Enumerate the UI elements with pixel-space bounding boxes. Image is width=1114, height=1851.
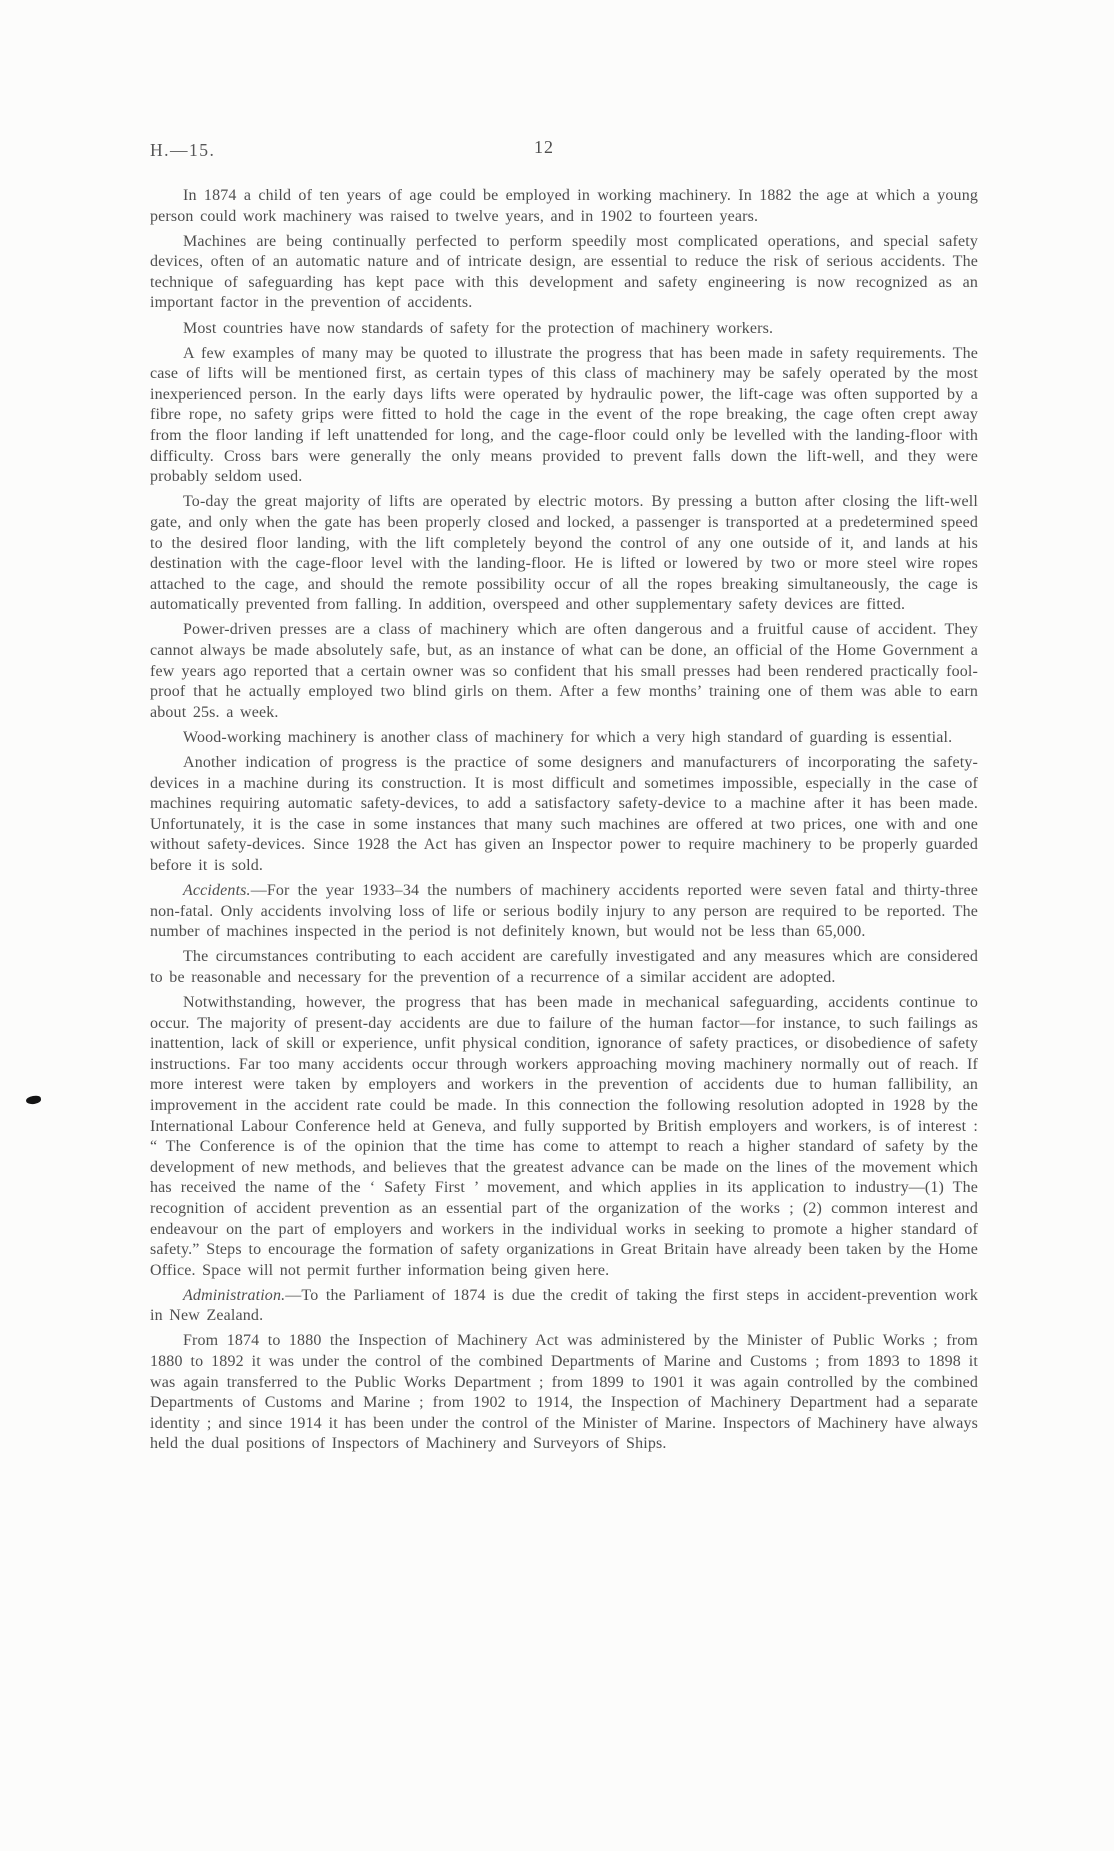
paragraph: Machines are being continually perfected… bbox=[150, 232, 978, 314]
page-header: H.—15. 12 bbox=[150, 140, 978, 164]
paragraph-body: To-day the great majority of lifts are o… bbox=[150, 493, 978, 613]
paragraph: Wood-working machinery is another class … bbox=[150, 728, 978, 749]
paragraph-body: Power-driven presses are a class of mach… bbox=[150, 621, 978, 720]
paragraph: From 1874 to 1880 the Inspection of Mach… bbox=[150, 1331, 978, 1455]
paragraph: The circumstances contributing to each a… bbox=[150, 947, 978, 988]
paragraph: In 1874 a child of ten years of age coul… bbox=[150, 186, 978, 227]
paragraph: Administration.—To the Parliament of 187… bbox=[150, 1286, 978, 1327]
paragraph-body: Notwithstanding, however, the progress t… bbox=[150, 994, 978, 1279]
paragraph: A few examples of many may be quoted to … bbox=[150, 344, 978, 488]
paragraph-lead: Administration. bbox=[183, 1287, 285, 1304]
paragraph-body: Wood-working machinery is another class … bbox=[183, 729, 952, 746]
paragraph-body: Most countries have now standards of saf… bbox=[183, 320, 773, 337]
paragraph-body: Machines are being continually perfected… bbox=[150, 233, 978, 312]
document-body: In 1874 a child of ten years of age coul… bbox=[150, 186, 978, 1460]
paragraph: Another indication of progress is the pr… bbox=[150, 753, 978, 877]
paragraph-body: From 1874 to 1880 the Inspection of Mach… bbox=[150, 1332, 978, 1452]
paragraph: Accidents.—For the year 1933–34 the numb… bbox=[150, 881, 978, 943]
paragraph: To-day the great majority of lifts are o… bbox=[150, 492, 978, 616]
page-number: 12 bbox=[150, 137, 938, 158]
ink-blot-mark bbox=[26, 1095, 42, 1105]
paragraph-body: Another indication of progress is the pr… bbox=[150, 754, 978, 874]
paragraph-lead: Accidents. bbox=[183, 882, 251, 899]
paragraph: Notwithstanding, however, the progress t… bbox=[150, 993, 978, 1281]
paragraph-body: A few examples of many may be quoted to … bbox=[150, 345, 978, 486]
paragraph-body: In 1874 a child of ten years of age coul… bbox=[150, 187, 978, 225]
paragraph: Most countries have now standards of saf… bbox=[150, 319, 978, 340]
scanned-report-page: H.—15. 12 In 1874 a child of ten years o… bbox=[0, 0, 1114, 1851]
paragraph: Power-driven presses are a class of mach… bbox=[150, 620, 978, 723]
paragraph-body: —For the year 1933–34 the numbers of mac… bbox=[150, 882, 978, 940]
paragraph-body: The circumstances contributing to each a… bbox=[150, 948, 978, 986]
